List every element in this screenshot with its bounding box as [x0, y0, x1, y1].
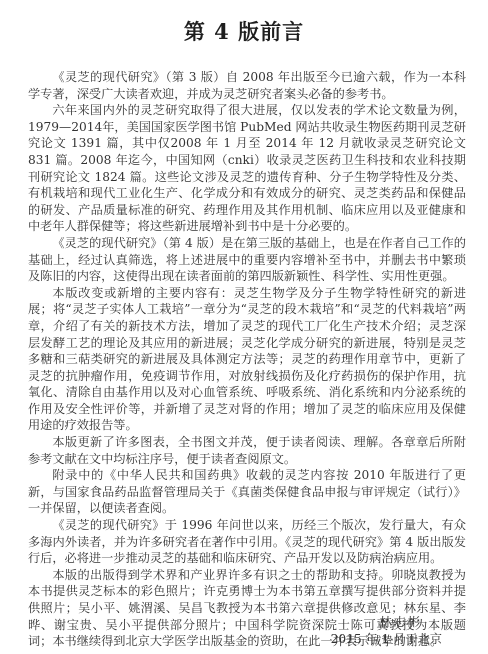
paragraph: 六年来国内外的灵芝研究取得了很大进展，仅以发表的学术论文数量为例，1979—20…: [28, 102, 466, 235]
signature-date-place: 2015 年 1 月于北京: [331, 630, 442, 647]
paragraph: 本版更新了许多图表，全书图文并茂，便于读者阅读、理解。各章章后所附参考文献在文中…: [28, 434, 466, 467]
paragraph: 《灵芝的现代研究》（第 4 版）是在第三版的基础上，也是在作者自己工作的基础上，…: [28, 235, 466, 285]
author-signature: 林志彬: [379, 613, 422, 630]
preface-body: 《灵芝的现代研究》（第 3 版）自 2008 年出版至今已逾六载，作为一本科学专…: [28, 69, 466, 650]
document-page: 第 4 版前言 《灵芝的现代研究》（第 3 版）自 2008 年出版至今已逾六载…: [0, 0, 488, 654]
paragraph: 本版改变或新增的主要内容有：灵芝生物学及分子生物学特性研究的新进展；将“灵芝子实…: [28, 285, 466, 434]
page-title: 第 4 版前言: [0, 16, 488, 46]
paragraph: 附录中的《中华人民共和国药典》收载的灵芝内容按 2010 年版进行了更新，与国家…: [28, 467, 466, 517]
paragraph: 《灵芝的现代研究》于 1996 年问世以来，历经三个版次，发行量大，有众多海内外…: [28, 517, 466, 567]
paragraph: 《灵芝的现代研究》（第 3 版）自 2008 年出版至今已逾六载，作为一本科学专…: [28, 69, 466, 102]
